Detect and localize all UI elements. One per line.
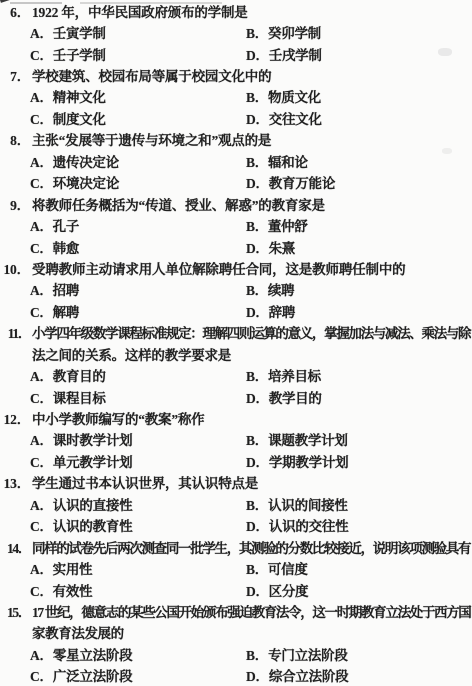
question-stem-line: 14．同样的试卷先后两次测查同一批学生，其测验的分数比较接近，说明该项测验具有 (0, 536, 472, 557)
option-text: 认识的间接性 (268, 498, 348, 513)
option-separator: ． (255, 648, 268, 663)
question-stem-continuation: 法之间的关系。这样的教学要求是 (0, 343, 472, 364)
question-item: 13．学生通过书本认识世界，其认识特点是A．认识的直接性B．认识的间接性C．认识… (0, 472, 472, 536)
option-key: B (246, 562, 255, 577)
option-row: A．零星立法阶段B．专门立法阶段 (0, 643, 472, 664)
option-separator: ． (40, 648, 53, 663)
option-B: B．可信度 (246, 558, 308, 578)
option-key: B (246, 433, 255, 448)
option-text: 董仲舒 (268, 219, 308, 234)
option-separator: ． (40, 669, 53, 684)
option-key: C (30, 305, 39, 320)
question-number: 8． (0, 129, 30, 149)
option-D: D．认识的交往性 (246, 515, 348, 535)
option-text: 认识的直接性 (53, 498, 133, 513)
question-number: 7． (0, 65, 30, 85)
option-key: C (30, 241, 39, 256)
option-key: B (246, 26, 255, 41)
option-row: C．环境决定论D．教育万能论 (0, 172, 472, 193)
question-stem-line: 10．受聘教师主动请求用人单位解除聘任合同，这是教师聘任制中的 (0, 257, 472, 278)
option-separator: ． (39, 155, 52, 170)
option-separator: ． (39, 48, 52, 63)
option-text: 课时教学计划 (53, 433, 133, 448)
option-B: B．癸卯学制 (246, 22, 321, 42)
question-item: 12．中小学教师编写的“教案”称作A．课时教学计划B．课题教学计划C．单元教学计… (0, 407, 472, 471)
option-separator: ． (39, 562, 52, 577)
option-separator: ． (255, 219, 268, 234)
option-text: 课题教学计划 (268, 433, 348, 448)
option-text: 专门立法阶段 (268, 648, 348, 663)
option-text: 解聘 (53, 305, 79, 320)
option-separator: ． (39, 391, 52, 406)
question-item: 14．同样的试卷先后两次测查同一批学生，其测验的分数比较接近，说明该项测验具有A… (0, 536, 472, 600)
option-text: 精神文化 (53, 90, 106, 105)
option-separator: ． (39, 241, 52, 256)
option-key: B (246, 498, 255, 513)
option-row: A．精神文化B．物质文化 (0, 86, 472, 107)
question-stem-text: 家教育法发展的 (32, 622, 124, 642)
option-row: C．韩愈D．朱熹 (0, 236, 472, 257)
option-separator: ． (255, 584, 268, 599)
option-text: 辞聘 (269, 305, 295, 320)
option-text: 朱熹 (269, 241, 295, 256)
option-text: 教学目的 (269, 391, 322, 406)
option-separator: ． (255, 562, 268, 577)
option-separator: ． (39, 219, 52, 234)
option-separator: ． (255, 369, 268, 384)
question-item: 11．小学四年级数学课程标准规定：理解四则运算的意义，掌握加法与减法、乘法与除法… (0, 322, 472, 408)
option-C: C．制度文化 (30, 108, 106, 128)
option-C: C．解聘 (30, 301, 79, 321)
question-number-separator: ． (18, 326, 30, 341)
option-key: D (246, 669, 256, 684)
option-text: 可信度 (268, 562, 308, 577)
option-text: 交往文化 (269, 112, 322, 127)
option-separator: ． (40, 498, 53, 513)
question-stem-line: 7．学校建筑、校园布局等属于校园文化中的 (0, 64, 472, 85)
option-A: A．壬寅学制 (30, 22, 106, 42)
option-text: 癸卯学制 (268, 26, 321, 41)
option-key: B (246, 90, 255, 105)
option-text: 环境决定论 (53, 176, 119, 191)
question-number: 9． (0, 194, 30, 214)
option-row: A．认识的直接性B．认识的间接性 (0, 493, 472, 514)
option-text: 教育目的 (53, 369, 106, 384)
option-text: 实用性 (53, 562, 93, 577)
option-C: C．认识的教育性 (30, 515, 132, 535)
option-separator: ． (40, 455, 53, 470)
option-separator: ． (256, 519, 269, 534)
option-B: B．认识的间接性 (246, 494, 348, 514)
option-text: 招聘 (53, 283, 79, 298)
question-item: 8．主张“发展等于遗传与环境之和”观点的是A．遗传决定论B．辐和论C．环境决定论… (0, 129, 472, 193)
option-text: 制度文化 (53, 112, 106, 127)
option-separator: ． (255, 26, 268, 41)
question-number-separator: ． (18, 605, 30, 620)
option-separator: ． (255, 112, 268, 127)
question-number: 10． (0, 258, 30, 278)
question-list: 6．1922 年，中华民国政府颁布的学制是A．壬寅学制B．癸卯学制C．壬子学制D… (0, 0, 472, 686)
question-number-value: 11 (8, 326, 18, 341)
option-D: D．综合立法阶段 (246, 665, 348, 685)
option-key: D (246, 455, 256, 470)
option-text: 区分度 (269, 584, 309, 599)
option-C: C．韩愈 (30, 237, 79, 257)
option-key: C (30, 455, 40, 470)
option-separator: ． (40, 433, 53, 448)
option-text: 韩愈 (53, 241, 79, 256)
option-C: C．环境决定论 (30, 172, 119, 192)
option-D: D．壬戌学制 (246, 44, 322, 64)
option-separator: ． (255, 90, 268, 105)
option-key: D (246, 241, 255, 256)
question-stem-line: 6．1922 年，中华民国政府颁布的学制是 (0, 0, 472, 21)
option-separator: ． (39, 112, 52, 127)
option-text: 认识的教育性 (53, 519, 133, 534)
option-separator: ． (255, 241, 268, 256)
question-number: 12． (0, 408, 30, 428)
option-A: A．零星立法阶段 (30, 644, 132, 664)
option-C: C．有效性 (30, 580, 92, 600)
option-text: 壬寅学制 (53, 26, 106, 41)
option-B: B．专门立法阶段 (246, 644, 348, 664)
option-A: A．招聘 (30, 279, 79, 299)
option-separator: ． (39, 90, 52, 105)
option-text: 有效性 (53, 584, 93, 599)
question-item: 9．将教师任务概括为“传道、授业、解惑”的教育家是A．孔子B．董仲舒C．韩愈D．… (0, 193, 472, 257)
question-item: 6．1922 年，中华民国政府颁布的学制是A．壬寅学制B．癸卯学制C．壬子学制D… (0, 0, 472, 64)
question-number-separator: ． (18, 541, 30, 556)
option-key: D (246, 176, 256, 191)
option-B: B．续聘 (246, 279, 294, 299)
question-stem-text: 17 世纪，德意志的某些公国开始颁布强迫教育法令，这一时期教育立法处于西方国 (32, 601, 470, 621)
option-B: B．辐和论 (246, 151, 308, 171)
question-number-separator: ． (17, 198, 30, 213)
option-text: 续聘 (268, 283, 294, 298)
question-number: 14． (0, 537, 30, 557)
question-stem-line: 11．小学四年级数学课程标准规定：理解四则运算的意义，掌握加法与减法、乘法与除 (0, 322, 472, 343)
option-text: 孔子 (53, 219, 79, 234)
option-separator: ． (255, 391, 268, 406)
option-row: A．教育目的B．培养目标 (0, 364, 472, 385)
option-A: A．实用性 (30, 558, 92, 578)
question-stem-text: 中小学教师编写的“教案”称作 (32, 408, 204, 428)
question-stem-continuation: 家教育法发展的 (0, 622, 472, 643)
option-separator: ． (39, 26, 52, 41)
question-stem-text: 法之间的关系。这样的教学要求是 (32, 344, 231, 364)
option-key: A (30, 648, 40, 663)
option-separator: ． (39, 283, 52, 298)
question-stem-text: 小学四年级数学课程标准规定：理解四则运算的意义，掌握加法与减法、乘法与除 (32, 322, 470, 342)
option-text: 认识的交往性 (269, 519, 349, 534)
question-item: 10．受聘教师主动请求用人单位解除聘任合同，这是教师聘任制中的A．招聘B．续聘C… (0, 257, 472, 321)
option-separator: ． (40, 176, 53, 191)
option-text: 辐和论 (268, 155, 308, 170)
option-D: D．教育万能论 (246, 172, 335, 192)
option-separator: ． (255, 155, 268, 170)
option-separator: ． (255, 283, 268, 298)
question-number-value: 15 (7, 605, 18, 620)
question-stem-text: 1922 年，中华民国政府颁布的学制是 (32, 1, 248, 21)
question-stem-text: 学生通过书本认识世界，其认识特点是 (32, 472, 258, 492)
option-text: 培养目标 (268, 369, 321, 384)
question-number-value: 9 (10, 198, 17, 213)
option-A: A．孔子 (30, 215, 79, 235)
option-C: C．广泛立法阶段 (30, 665, 132, 685)
option-key: D (246, 519, 256, 534)
question-number-value: 12 (4, 412, 17, 427)
option-key: A (30, 498, 40, 513)
option-row: A．课时教学计划B．课题教学计划 (0, 429, 472, 450)
option-D: D．教学目的 (246, 387, 322, 407)
option-text: 教育万能论 (269, 176, 335, 191)
question-stem-line: 13．学生通过书本认识世界，其认识特点是 (0, 472, 472, 493)
option-row: A．壬寅学制B．癸卯学制 (0, 21, 472, 42)
option-text: 壬子学制 (53, 48, 106, 63)
scanned-exam-page: 6．1922 年，中华民国政府颁布的学制是A．壬寅学制B．癸卯学制C．壬子学制D… (0, 0, 472, 686)
question-number: 11． (0, 322, 30, 342)
option-B: B．课题教学计划 (246, 429, 348, 449)
option-B: B．董仲舒 (246, 215, 307, 235)
option-separator: ． (39, 584, 52, 599)
question-number-separator: ． (17, 69, 30, 84)
option-row: A．遗传决定论B．辐和论 (0, 150, 472, 171)
question-number-separator: ． (17, 5, 30, 20)
option-key: B (246, 369, 255, 384)
option-row: A．实用性B．可信度 (0, 557, 472, 578)
option-key: C (30, 519, 40, 534)
question-number-separator: ． (17, 476, 30, 491)
option-key: B (246, 219, 255, 234)
option-A: A．认识的直接性 (30, 494, 132, 514)
option-key: D (246, 305, 255, 320)
option-key: B (246, 283, 255, 298)
question-number: 15． (0, 601, 30, 621)
question-number-value: 14 (7, 541, 18, 556)
option-row: A．招聘B．续聘 (0, 279, 472, 300)
question-stem-text: 受聘教师主动请求用人单位解除聘任合同，这是教师聘任制中的 (32, 258, 406, 278)
question-stem-text: 主张“发展等于遗传与环境之和”观点的是 (32, 129, 271, 149)
option-text: 学期教学计划 (269, 455, 349, 470)
option-text: 课程目标 (53, 391, 106, 406)
option-D: D．学期教学计划 (246, 451, 348, 471)
question-stem-line: 9．将教师任务概括为“传道、授业、解惑”的教育家是 (0, 193, 472, 214)
option-B: B．培养目标 (246, 365, 321, 385)
option-C: C．单元教学计划 (30, 451, 132, 471)
option-separator: ． (39, 369, 52, 384)
option-row: C．课程目标D．教学目的 (0, 386, 472, 407)
option-A: A．教育目的 (30, 365, 106, 385)
option-row: C．解聘D．辞聘 (0, 300, 472, 321)
option-A: A．精神文化 (30, 86, 106, 106)
question-number-value: 13 (4, 476, 17, 491)
option-separator: ． (256, 176, 269, 191)
option-A: A．遗传决定论 (30, 151, 119, 171)
option-separator: ． (255, 305, 268, 320)
question-stem-line: 12．中小学教师编写的“教案”称作 (0, 407, 472, 428)
question-stem-text: 同样的试卷先后两次测查同一批学生，其测验的分数比较接近，说明该项测验具有 (32, 537, 470, 557)
option-separator: ． (255, 498, 268, 513)
option-text: 遗传决定论 (53, 155, 119, 170)
option-key: A (30, 433, 40, 448)
option-separator: ． (40, 519, 53, 534)
option-text: 零星立法阶段 (53, 648, 133, 663)
question-number-separator: ． (17, 133, 30, 148)
option-D: D．辞聘 (246, 301, 295, 321)
option-key: B (246, 648, 255, 663)
question-number: 6． (0, 1, 30, 21)
option-key: C (30, 176, 40, 191)
option-key: A (30, 283, 39, 298)
option-A: A．课时教学计划 (30, 429, 132, 449)
option-text: 单元教学计划 (53, 455, 133, 470)
option-D: D．交往文化 (246, 108, 322, 128)
option-key: B (246, 155, 255, 170)
question-stem-line: 8．主张“发展等于遗传与环境之和”观点的是 (0, 129, 472, 150)
option-row: C．单元教学计划D．学期教学计划 (0, 450, 472, 471)
question-number: 13． (0, 472, 30, 492)
question-item: 7．学校建筑、校园布局等属于校园文化中的A．精神文化B．物质文化C．制度文化D．… (0, 64, 472, 128)
option-row: A．孔子B．董仲舒 (0, 214, 472, 235)
option-separator: ． (255, 433, 268, 448)
option-text: 壬戌学制 (269, 48, 322, 63)
question-stem-text: 学校建筑、校园布局等属于校园文化中的 (32, 65, 271, 85)
option-text: 物质文化 (268, 90, 321, 105)
option-row: C．广泛立法阶段D．综合立法阶段 (0, 665, 472, 686)
question-stem-text: 将教师任务概括为“传道、授业、解惑”的教育家是 (32, 194, 325, 214)
option-separator: ． (255, 48, 268, 63)
question-stem-line: 15．17 世纪，德意志的某些公国开始颁布强迫教育法令，这一时期教育立法处于西方… (0, 600, 472, 621)
question-number-separator: ． (17, 262, 30, 277)
option-separator: ． (256, 455, 269, 470)
option-row: C．壬子学制D．壬戌学制 (0, 43, 472, 64)
option-C: C．课程目标 (30, 387, 106, 407)
option-row: C．有效性D．区分度 (0, 579, 472, 600)
option-row: C．制度文化D．交往文化 (0, 107, 472, 128)
option-text: 综合立法阶段 (269, 669, 349, 684)
option-separator: ． (39, 305, 52, 320)
option-B: B．物质文化 (246, 86, 321, 106)
option-text: 广泛立法阶段 (53, 669, 133, 684)
question-number-value: 10 (3, 262, 16, 277)
question-number-separator: ． (17, 412, 30, 427)
option-C: C．壬子学制 (30, 44, 106, 64)
option-key: C (30, 669, 40, 684)
option-row: C．认识的教育性D．认识的交往性 (0, 515, 472, 536)
question-item: 15．17 世纪，德意志的某些公国开始颁布强迫教育法令，这一时期教育立法处于西方… (0, 600, 472, 686)
option-D: D．区分度 (246, 580, 308, 600)
option-separator: ． (256, 669, 269, 684)
option-D: D．朱熹 (246, 237, 295, 257)
